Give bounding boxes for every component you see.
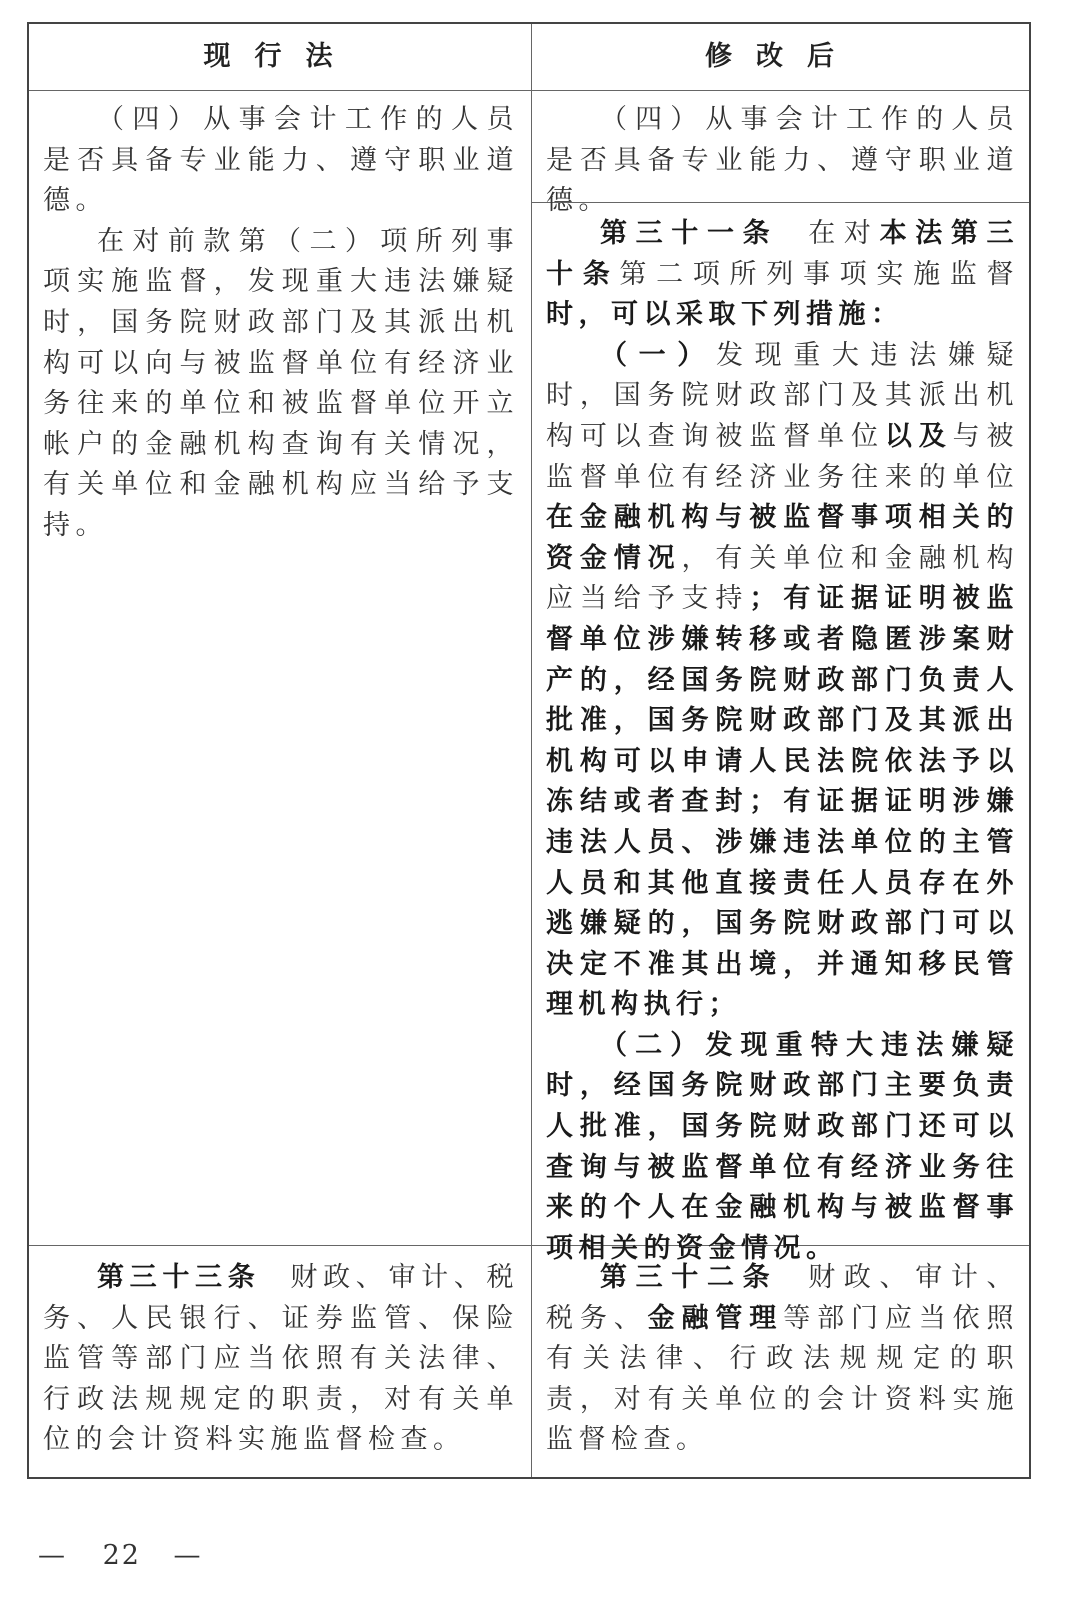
article-title: 第三十二条 <box>600 1262 778 1293</box>
paragraph-item-four: （四）从事会计工作的人员是否具备专业能力、遵守职业道德。 <box>546 100 1019 222</box>
header-current-law: 现行法 <box>29 24 531 90</box>
amended-text-segment: （二）发现重特大违法嫌疑时，经国务院财政部门主要负责人批准，国务院财政部门还可以… <box>546 1030 1019 1264</box>
page-number: 22 <box>103 1540 141 1571</box>
cell-current-law-row1: （四）从事会计工作的人员是否具备专业能力、遵守职业道德。 在对前款第（二）项所列… <box>29 100 531 547</box>
amended-text-segment: 金融管理 <box>648 1303 784 1334</box>
header-amended: 修改后 <box>532 24 1031 90</box>
text-segment: 第二项所列事项实施监督 <box>619 259 1019 290</box>
paragraph-inquiry-clause: 在对前款第（二）项所列事项实施监督，发现重大违法嫌疑时，国务院财政部门及其派出机… <box>43 222 519 547</box>
article-title: 第三十一条 <box>600 218 778 249</box>
law-comparison-table: 现行法 修改后 （四）从事会计工作的人员是否具备专业能力、遵守职业道德。 在对前… <box>27 22 1031 1479</box>
cell-amended-article-32: 第三十二条财政、审计、税务、金融管理等部门应当依照有关法律、行政法规规定的职责，… <box>532 1258 1031 1461</box>
cell-current-law-article-33: 第三十三条财政、审计、税务、人民银行、证券监管、保险监管等部门应当依照有关法律、… <box>29 1258 531 1461</box>
amended-text-segment: 以及 <box>885 421 953 452</box>
article-31-item-one: （一）发现重大违法嫌疑时，国务院财政部门及其派出机构可以查询被监督单位以及与被监… <box>546 336 1019 1026</box>
article-31-intro: 第三十一条在对本法第三十条第二项所列事项实施监督时，可以采取下列措施： <box>546 214 1019 336</box>
page-number-footer: — 22 — <box>38 1540 206 1571</box>
dash-left: — <box>38 1540 70 1571</box>
article-31-item-two: （二）发现重特大违法嫌疑时，经国务院财政部门主要负责人批准，国务院财政部门还可以… <box>546 1026 1019 1270</box>
dash-right: — <box>174 1540 206 1571</box>
amended-text-segment: 时，可以采取下列措施： <box>546 299 904 330</box>
amended-text-segment: ；有证据证明被监督单位涉嫌转移或者隐匿涉案财产的，经国务院财政部门负责人批准，国… <box>546 583 1019 1020</box>
amended-text-segment: （一） <box>600 340 716 371</box>
article-32-text: 第三十二条财政、审计、税务、金融管理等部门应当依照有关法律、行政法规规定的职责，… <box>546 1258 1019 1461</box>
article-33-text: 第三十三条财政、审计、税务、人民银行、证券监管、保险监管等部门应当依照有关法律、… <box>43 1258 519 1461</box>
table-header-row: 现行法 修改后 <box>29 24 1029 91</box>
article-title: 第三十三条 <box>97 1262 260 1293</box>
text-segment: 在对 <box>808 218 879 249</box>
cell-amended-row1-top: （四）从事会计工作的人员是否具备专业能力、遵守职业道德。 <box>532 100 1031 222</box>
paragraph-item-four: （四）从事会计工作的人员是否具备专业能力、遵守职业道德。 <box>43 100 519 222</box>
cell-amended-article-31: 第三十一条在对本法第三十条第二项所列事项实施监督时，可以采取下列措施： （一）发… <box>532 214 1031 1269</box>
